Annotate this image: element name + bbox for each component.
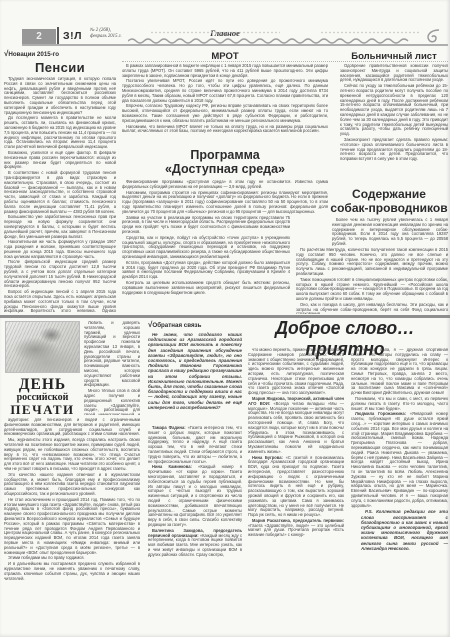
body-paragraph: что можно перенять, применить в своей ра… [248, 348, 344, 396]
body-paragraph: Возможно, усилился и ещё один фактор. В … [4, 151, 116, 170]
body-paragraph: Законопроект предлагает сделать правило … [340, 138, 448, 162]
reader-quote: Людмила Горожанкина: «Январский номер га… [351, 412, 448, 508]
headline-line: ДЕНЬ [5, 377, 80, 392]
scan-noise [320, 31, 420, 34]
body-paragraph: са «Мама, папа, я — дружная спортивная с… [351, 348, 448, 396]
body-paragraph: Средства, как и прежде, пойдут на обустр… [122, 236, 290, 260]
quote-text: «Январский номер газеты, публикация «В д… [351, 411, 448, 507]
body-paragraph: Заявки на участие в реализации программы… [122, 216, 290, 235]
body-paragraph: Одобрение правительственной комиссии пол… [340, 64, 448, 83]
headline-line: Программа [122, 148, 328, 162]
body-paragraph: Понимаем, что мы и сами, с мест, из перв… [351, 397, 448, 411]
body-paragraph: По расчётам Минтруда, количество получат… [296, 248, 448, 277]
body-paragraph: Напомним, программа строится на принципа… [122, 191, 328, 215]
body-paragraph: Кстати, программа «Доступная среда», дей… [122, 261, 290, 280]
body-paragraph: Впрочем, согласно Трудовому кодексу РФ, … [122, 104, 328, 123]
headline-dostupnaya: Программа «Доступная среда» [122, 148, 328, 176]
article-dostupnaya-narrow: Заявки на участие в реализации программы… [122, 216, 290, 296]
headline-mrot: МРОТ [122, 51, 328, 62]
body-paragraph: До последнего момента в правительстве не… [4, 116, 116, 150]
article-sobaki-narrow: Более чем на тысячу рублей увеличилась с… [332, 218, 448, 246]
body-paragraph: Много тёплых слов в свой адрес получил и… [84, 389, 140, 415]
body-paragraph: Трудная экономическая ситуация, в котору… [4, 77, 116, 115]
rubric-label: Обратная связь [152, 322, 201, 329]
body-paragraph: Поэтапно увеличивая МРОТ, Россия идёт по… [122, 79, 328, 103]
flourish-icon [424, 28, 442, 44]
headline-bolnichny: Больничный лист [340, 51, 448, 62]
reader-quote: Нина Бугрова: «С газетой я познакомилась… [248, 456, 344, 518]
reader-quote: Валентина Закидова, председатель первичн… [148, 529, 242, 558]
body-paragraph: В соответствии с новой формулой трудовая… [4, 171, 116, 214]
body-paragraph: Мы, журналисты этого издания, всегда ста… [4, 438, 140, 472]
body-paragraph: аудитории: для пенсионеров и людей с огр… [4, 418, 140, 437]
body-paragraph: Это качество нашего издания отмечают и в… [4, 473, 140, 497]
body-paragraph: Не знаем, что сподвигло наших подписчико… [148, 332, 242, 410]
article-dobroe-col1: что можно перенять, применить в своей ра… [248, 348, 344, 612]
body-paragraph: Не стал исключением и прошедший 2014 год… [4, 498, 140, 556]
rubric-feedback: √Обратная связь [148, 320, 201, 329]
reader-quote: Мария Жидкова, творческий, активный член… [248, 397, 344, 455]
quote-text: «С газетой я познакомилась благодаря Арз… [248, 455, 344, 518]
article-mrot: В рамках запланированной в бюджете инфля… [122, 64, 328, 146]
headline-sobaki: Содержание собак-проводников [330, 188, 448, 215]
feedback-intro: Не знаем, что сподвигло наших подписчико… [148, 332, 242, 424]
press-day-photo [5, 321, 80, 373]
body-paragraph: Более чем на тысячу рублей увеличилась с… [332, 218, 448, 246]
headline-line: собак-проводников [330, 202, 448, 216]
body-paragraph: Любить и доверять читателям, хороших тир… [84, 321, 140, 388]
body-paragraph: Оно, как и поездка в школу, для инвалида… [296, 303, 448, 314]
quote-text: «Газета «Здравствуйте, люди!» — это целе… [248, 523, 344, 538]
body-paragraph: Накопительная же часть формируется у гра… [4, 240, 116, 259]
quote-text: «Каждый номер я прочитываю «от корки до … [148, 464, 242, 527]
reader-quote: Тамара Фадина: «Газета интересна тем, чт… [148, 426, 242, 464]
reader-quote: Мария Раскаткина, председатель первички:… [248, 519, 344, 538]
body-paragraph: И в дальнейшем мы постараемся преданно с… [4, 562, 140, 581]
reader-quote: Нина Каминкова: «Каждый номер я прочитыв… [148, 465, 242, 527]
body-paragraph: Контроль за целевым использованием средс… [122, 281, 290, 295]
rubric-label: Новации 2015-го [8, 51, 59, 58]
header-rule [22, 44, 448, 46]
quote-text: «Всегда читаю вкладыш «Мы — молодые». Мо… [248, 401, 344, 454]
article-bolnichny: Одобрение правительственной комиссии пол… [340, 64, 448, 186]
article-den-pechati-lead: Любить и доверять читателям, хороших тир… [84, 321, 140, 415]
article-pensii: Трудная экономическая ситуация, в котору… [4, 77, 116, 313]
headline-line: «Доступная среда» [122, 162, 328, 176]
scan-noise [150, 31, 280, 34]
feedback-quotes: Тамара Фадина: «Газета интересна тем, чт… [148, 426, 242, 612]
article-sobaki-wide: По расчётам Минтруда, количество получат… [296, 248, 448, 314]
quote-text: «Газета интересна тем, что пишет о добры… [148, 426, 242, 464]
body-paragraph: Финансирование программы «Доступная сред… [122, 180, 328, 190]
body-paragraph: Таких помощников готовят в специализиров… [296, 278, 448, 302]
article-den-pechati: аудитории: для пенсионеров и людей с огр… [4, 418, 140, 612]
body-paragraph: Сейчас по уходу за тяжелобольным ребёнко… [340, 84, 448, 137]
rubric-novations: √Новации 2015-го [4, 49, 59, 58]
body-paragraph: Напомним, что величина МРОТ влияет не то… [122, 125, 328, 135]
body-paragraph: Большинство уже заработанных пенсионных … [4, 215, 116, 239]
body-paragraph: После февральской индексации средний раз… [4, 260, 116, 289]
headline-line: Содержание [330, 188, 448, 202]
body-paragraph: Вопрос об индексации пенсий с 1 апреля 2… [4, 290, 116, 313]
editorial-postscript: P.S. Коллектив редакции все эти слова во… [351, 509, 448, 551]
headline-pensii: Пенсии [4, 60, 116, 75]
article-dobroe-col2: са «Мама, папа, я — дружная спортивная с… [351, 348, 448, 612]
newspaper-page: 2 З!Л № 2 (268), февраль 2015 г. Главное… [0, 0, 450, 637]
headline-den-pechati: ДЕНЬ российской ПЕЧАТИ [5, 377, 80, 416]
headline-line: ПЕЧАТИ [5, 403, 80, 416]
body-paragraph: В рамках запланированной в бюджете инфля… [122, 64, 328, 78]
